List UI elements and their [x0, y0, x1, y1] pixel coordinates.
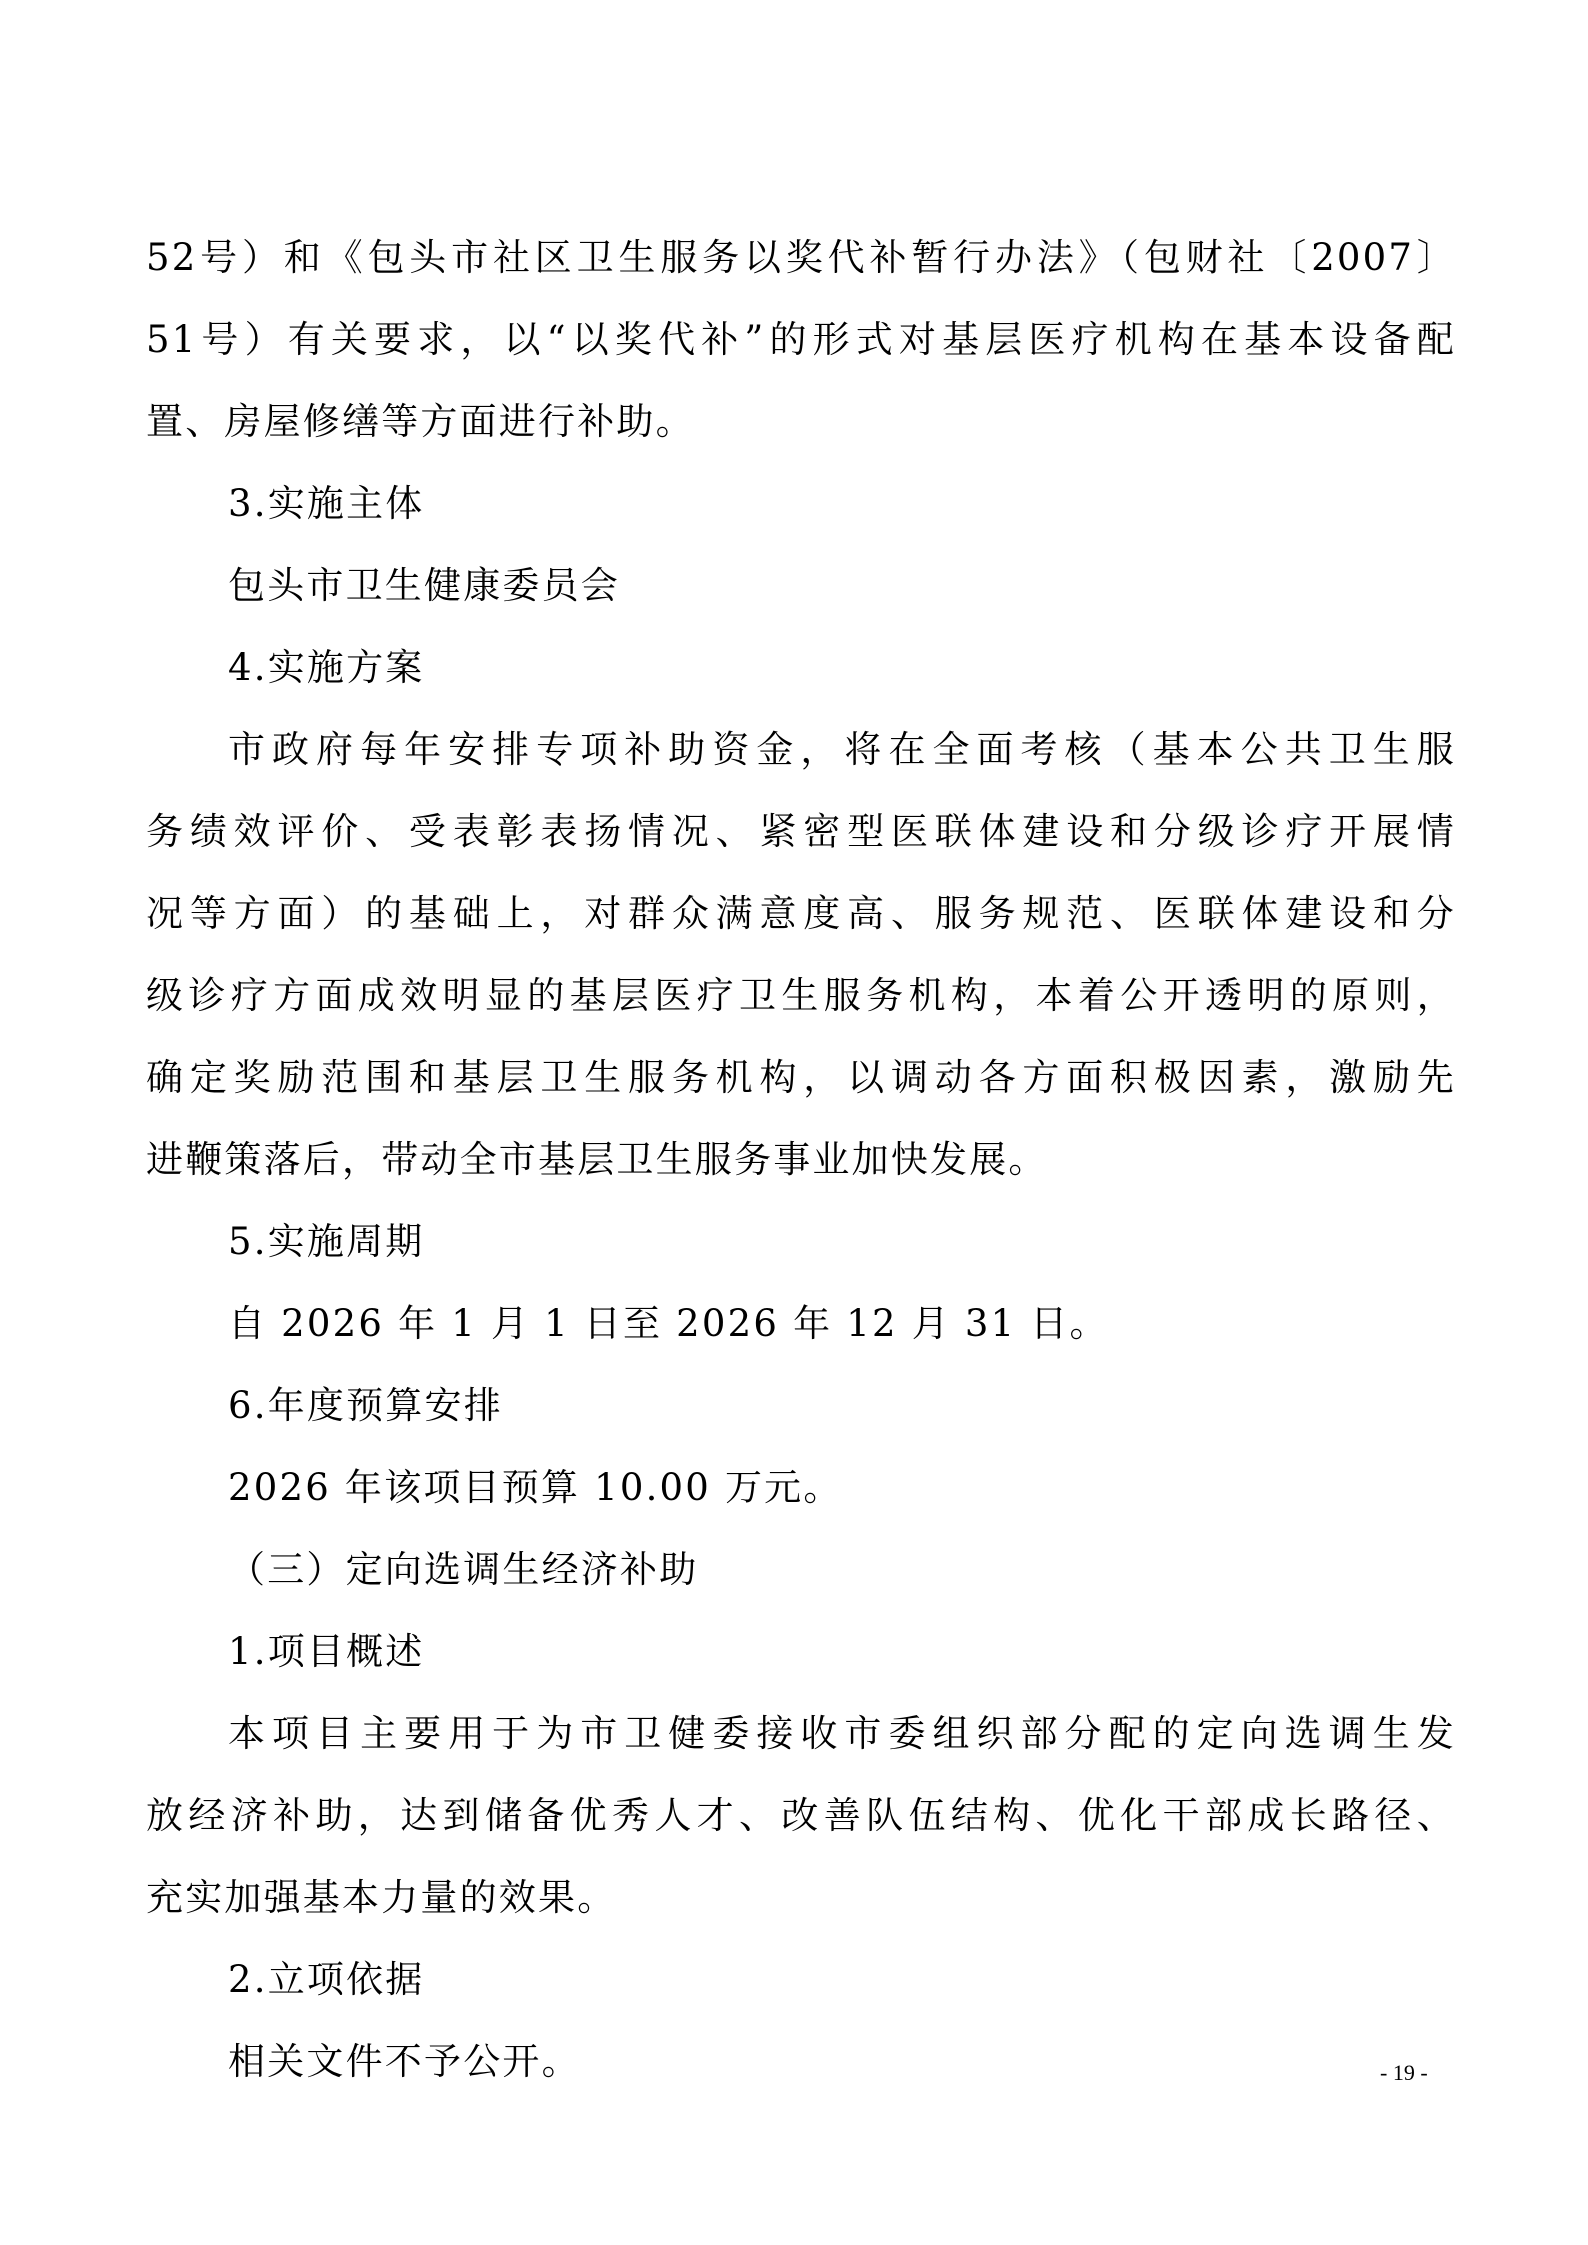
section-heading: 1.项目概述	[228, 1628, 1538, 1676]
section-heading: 5.实施周期	[228, 1218, 1538, 1266]
section-heading: 2.立项依据	[228, 1956, 1538, 2004]
body-text-line: 况等方面）的基础上，对群众满意度高、服务规范、医联体建设和分	[146, 890, 1456, 938]
document-page: 52号）和《包头市社区卫生服务以奖代补暂行办法》（包财社〔2007〕 51号）有…	[0, 0, 1588, 2245]
body-text-line: 放经济补助，达到储备优秀人才、改善队伍结构、优化干部成长路径、	[146, 1792, 1456, 1840]
page-number: - 19 -	[1380, 2060, 1428, 2086]
body-text-line: 充实加强基本力量的效果。	[146, 1874, 1456, 1922]
section-heading: 6.年度预算安排	[228, 1382, 1538, 1430]
subsection-heading: （三）定向选调生经济补助	[228, 1546, 1538, 1594]
body-text-line: 置、房屋修缮等方面进行补助。	[146, 398, 1456, 446]
body-text-line: 市政府每年安排专项补助资金，将在全面考核（基本公共卫生服	[228, 726, 1456, 774]
body-text-line: 51号）有关要求，以“以奖代补”的形式对基层医疗机构在基本设备配	[146, 316, 1456, 364]
body-text-line: 相关文件不予公开。	[228, 2038, 1538, 2086]
body-text-line: 确定奖励范围和基层卫生服务机构，以调动各方面积极因素，激励先	[146, 1054, 1456, 1102]
body-text-line: 进鞭策落后，带动全市基层卫生服务事业加快发展。	[146, 1136, 1456, 1184]
body-text-line: 包头市卫生健康委员会	[228, 562, 1538, 610]
section-heading: 3.实施主体	[228, 480, 1538, 528]
body-text-line: 本项目主要用于为市卫健委接收市委组织部分配的定向选调生发	[228, 1710, 1456, 1758]
section-heading: 4.实施方案	[228, 644, 1538, 692]
body-text-line: 52号）和《包头市社区卫生服务以奖代补暂行办法》（包财社〔2007〕	[146, 234, 1456, 282]
body-text-line: 务绩效评价、受表彰表扬情况、紧密型医联体建设和分级诊疗开展情	[146, 808, 1456, 856]
body-text-line: 级诊疗方面成效明显的基层医疗卫生服务机构，本着公开透明的原则，	[146, 972, 1456, 1020]
body-text-line: 自 2026 年 1 月 1 日至 2026 年 12 月 31 日。	[228, 1300, 1538, 1348]
body-text-line: 2026 年该项目预算 10.00 万元。	[228, 1464, 1538, 1512]
